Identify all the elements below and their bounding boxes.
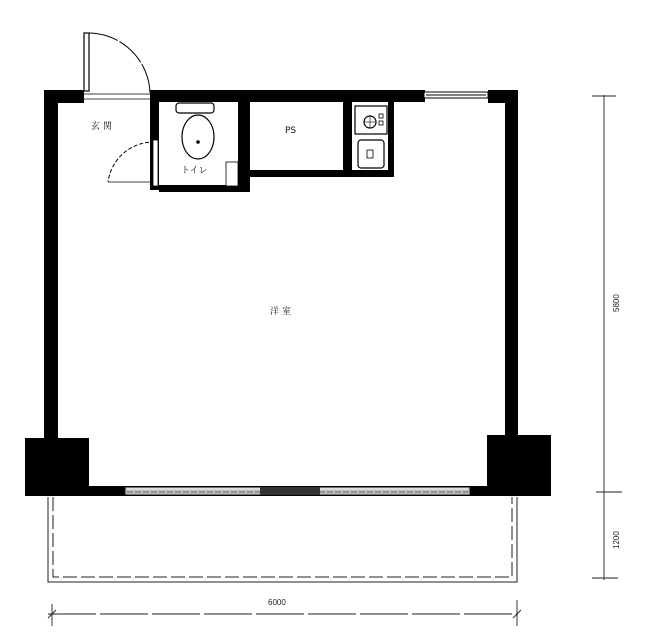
- room-label-entrance: 玄関: [91, 119, 115, 132]
- dimension-width: 6000: [268, 598, 286, 607]
- room-label-western-room: 洋室: [270, 304, 294, 317]
- entry-door: [84, 33, 150, 99]
- floor-plan: [0, 0, 651, 641]
- column-right: [487, 435, 551, 496]
- dimension-depth: 5800: [612, 294, 621, 312]
- room-label-toilet: トイレ: [181, 163, 208, 176]
- window: [424, 92, 488, 98]
- kitchen-fixtures: [355, 106, 387, 168]
- room-label-ps: PS: [285, 126, 296, 136]
- balcony-sash: [125, 487, 470, 495]
- dimension-balcony-depth: 1200: [612, 531, 621, 549]
- balcony: [48, 497, 517, 582]
- column-left: [25, 438, 89, 496]
- walls: [25, 90, 551, 496]
